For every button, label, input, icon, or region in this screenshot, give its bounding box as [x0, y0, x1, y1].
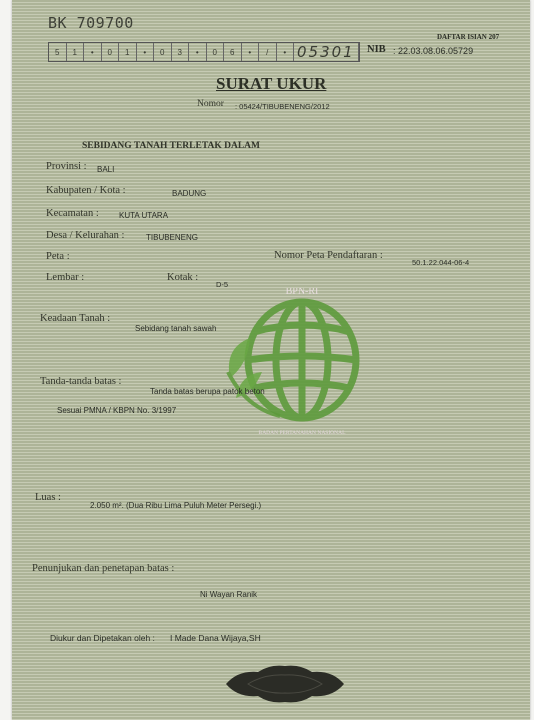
nomor-peta-label: Nomor Peta Pendaftaran :: [274, 250, 383, 261]
penunjukan-value: Ni Wayan Ranik: [200, 590, 257, 599]
code-box: •: [189, 43, 207, 61]
location-heading: SEBIDANG TANAH TERLETAK DALAM: [82, 141, 260, 151]
logo-bottom-text: BADAN PERTANAHAN NASIONAL: [259, 430, 347, 436]
luas-value: 2.050 m². (Dua Ribu Lima Puluh Meter Per…: [90, 501, 261, 510]
provinsi-label: Provinsi :: [46, 161, 87, 172]
code-box: 0: [102, 43, 120, 61]
kotak-label: Kotak :: [167, 272, 198, 283]
code-box: •: [242, 43, 260, 61]
keadaan-value: Sebidang tanah sawah: [135, 324, 216, 333]
code-box: •: [277, 43, 295, 61]
lembar-label: Lembar :: [46, 272, 84, 283]
code-box: 0: [207, 43, 225, 61]
official-seal-icon: [224, 662, 346, 706]
code-box: 1: [67, 43, 85, 61]
keadaan-label: Keadaan Tanah :: [40, 313, 110, 324]
nib-value: : 22.03.08.06.05729: [393, 46, 473, 56]
parcel-code-boxes: 5 1 • 0 1 • 0 3 • 0 6 • / • 05301: [48, 42, 360, 62]
bpn-globe-logo-icon: BPN-RI BADAN PERTANAHAN NASIONAL: [222, 288, 372, 438]
penunjukan-label: Penunjukan dan penetapan batas :: [32, 563, 174, 574]
kabupaten-label: Kabupaten / Kota :: [46, 185, 126, 196]
code-box: 1: [119, 43, 137, 61]
diukur-label: Diukur dan Dipetakan oleh :: [50, 633, 155, 643]
batas-value: Tanda batas berupa patok beton: [150, 387, 265, 396]
form-code: DAFTAR ISIAN 207: [437, 33, 499, 41]
kecamatan-value: KUTA UTARA: [119, 211, 168, 220]
code-box: /: [259, 43, 277, 61]
land-measurement-certificate: BK 709700 DAFTAR ISIAN 207 5 1 • 0 1 • 0…: [12, 0, 530, 720]
batas-label: Tanda-tanda batas :: [40, 376, 121, 387]
kabupaten-value: BADUNG: [172, 189, 206, 198]
code-box: 0: [154, 43, 172, 61]
code-box: 3: [172, 43, 190, 61]
serial-number: BK 709700: [48, 14, 134, 32]
provinsi-value: BALI: [97, 165, 114, 174]
logo-top-text: BPN-RI: [286, 288, 319, 297]
document-number-label: Nomor: [197, 99, 224, 109]
code-box: 5: [49, 43, 67, 61]
code-box: 6: [224, 43, 242, 61]
luas-label: Luas :: [35, 492, 61, 503]
handwritten-code: 05301: [294, 43, 359, 61]
nib-label: NIB: [367, 44, 386, 55]
nomor-peta-value: 50.1.22.044-06-4: [412, 258, 469, 267]
document-title: SURAT UKUR: [216, 74, 326, 94]
diukur-value: I Made Dana Wijaya,SH: [170, 633, 261, 643]
kecamatan-label: Kecamatan :: [46, 208, 99, 219]
document-number-value: : 05424/TIBUBENENG/2012: [235, 102, 330, 111]
code-box: •: [84, 43, 102, 61]
desa-label: Desa / Kelurahan :: [46, 230, 124, 241]
regulation-reference: Sesuai PMNA / KBPN No. 3/1997: [57, 406, 176, 415]
peta-label: Peta :: [46, 251, 70, 262]
code-box: •: [137, 43, 155, 61]
desa-value: TIBUBENENG: [146, 233, 198, 242]
